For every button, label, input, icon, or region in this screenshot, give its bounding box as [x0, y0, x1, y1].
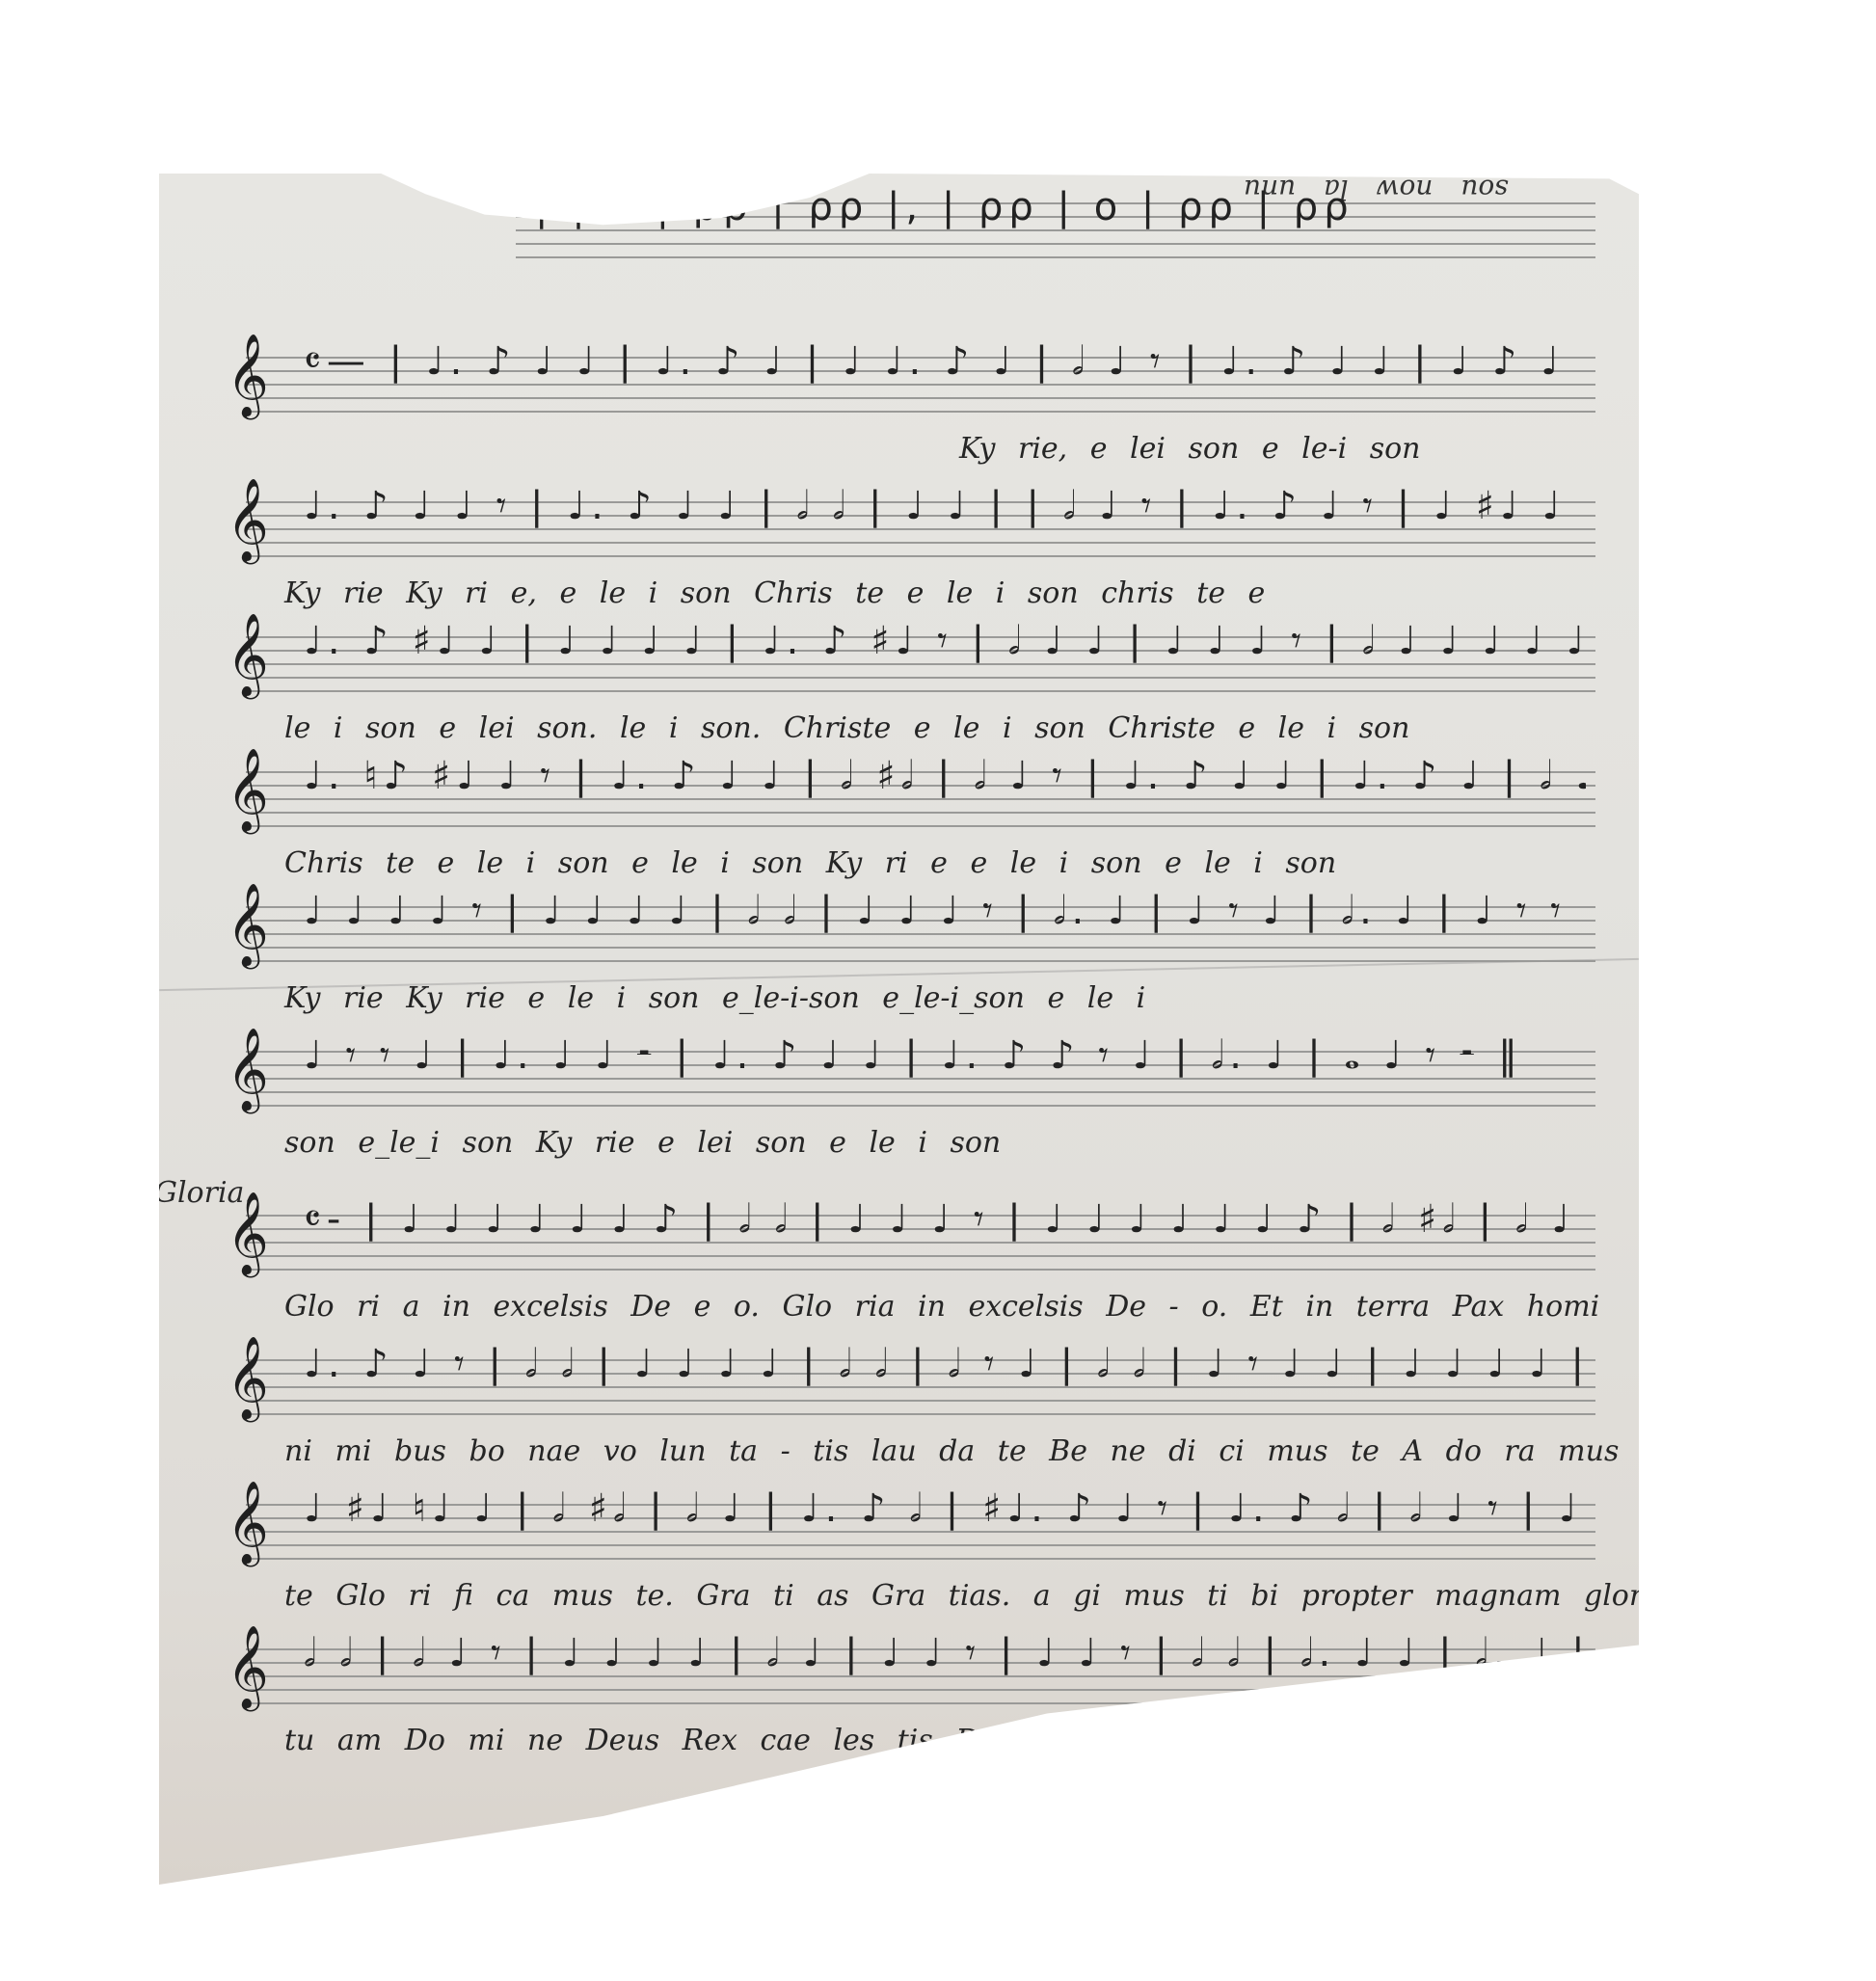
gloria-system-4: 𝄞 𝅗𝅥 𝅗𝅥 | 𝅗𝅥 ♩ 𝄾 | ♩ ♩ ♩ ♩ | 𝅗𝅥 ♩ | ♩ ♩ … — [227, 1648, 1595, 1774]
staff-notes: ♩. ♪ ♯♩ ♩ | ♩ ♩ ♩ ♩ | ♩. ♪ ♯♩ 𝄾 | 𝅗𝅥 ♩ ♩… — [304, 619, 1586, 696]
top-fragment-staff: | | o | ρρ | ρρ |, | ρρ | o | ρρ | ρρ — [516, 202, 1595, 328]
staff-notes: ♩ 𝄾 𝄾 ♩ | ♩. ♩ ♩ 𝄼 | ♩. ♪ ♩ ♩ | ♩. ♪ ♪ 𝄾… — [304, 1033, 1586, 1111]
lyrics-line: tu am Do mi ne Deus Rex cae les tis Deus… — [284, 1724, 1595, 1757]
staff-notes: ♩ ♯♩ ♮♩ ♩ | 𝅗𝅥 ♯𝅗𝅥 | 𝅗𝅥 ♩ | ♩. ♪ 𝅗𝅥 | ♯♩… — [304, 1486, 1586, 1564]
kyrie-system-5: 𝄞 ♩ ♩ ♩ ♩ 𝄾 | ♩ ♩ ♩ ♩ | 𝅗𝅥 𝅗𝅥 | ♩ ♩ ♩ 𝄾 … — [227, 906, 1595, 1031]
treble-clef-icon: 𝄞 — [227, 1033, 269, 1105]
kyrie-system-3: 𝄞 ♩. ♪ ♯♩ ♩ | ♩ ♩ ♩ ♩ | ♩. ♪ ♯♩ 𝄾 | 𝅗𝅥 ♩… — [227, 636, 1595, 762]
treble-clef-icon: 𝄞 — [227, 1197, 269, 1269]
lyrics-line: Ky rie Ky rie e le i son e_le-i-son e_le… — [284, 981, 1595, 1015]
kyrie-system-2: 𝄞 ♩. ♪ ♩ ♩ 𝄾 | ♩. ♪ ♩ ♩ | 𝅗𝅥 𝅗𝅥 | ♩ ♩ | … — [227, 501, 1595, 627]
lyrics-line: ni mi bus bo nae vo lun ta - tis lau da … — [284, 1434, 1595, 1468]
treble-clef-icon: 𝄞 — [227, 339, 269, 411]
lyrics-line: Chris te e le i son e le i son Ky ri e e… — [284, 846, 1595, 880]
gloria-system-2: 𝄞 ♩. ♪ ♩ 𝄾 | 𝅗𝅥 𝅗𝅥 | ♩ ♩ ♩ ♩ | 𝅗𝅥 𝅗𝅥 | 𝅗… — [227, 1359, 1595, 1485]
gloria-system-3: 𝄞 ♩ ♯♩ ♮♩ ♩ | 𝅗𝅥 ♯𝅗𝅥 | 𝅗𝅥 ♩ | ♩. ♪ 𝅗𝅥 | … — [227, 1504, 1595, 1629]
treble-clef-icon: 𝄞 — [227, 1486, 269, 1558]
treble-clef-icon: 𝄞 — [227, 889, 269, 960]
treble-clef-icon: 𝄞 — [227, 484, 269, 555]
staff-notes: ♩. ♮♪ ♯♩ ♩ 𝄾 | ♩. ♪ ♩ ♩ | 𝅗𝅥 ♯𝅗𝅥 | 𝅗𝅥 ♩ … — [304, 754, 1586, 831]
staff-notes: ♩. ♪ ♩ 𝄾 | 𝅗𝅥 𝅗𝅥 | ♩ ♩ ♩ ♩ | 𝅗𝅥 𝅗𝅥 | 𝅗𝅥 … — [304, 1342, 1586, 1419]
manuscript-page: sou now la unu | | o | ρρ | ρρ |, | ρρ |… — [159, 174, 1639, 1885]
staff-notes: 𝅗𝅥 𝅗𝅥 | 𝅗𝅥 ♩ 𝄾 | ♩ ♩ ♩ ♩ | 𝅗𝅥 ♩ | ♩ ♩ 𝄾 … — [304, 1631, 1586, 1708]
staff-notes: 𝄴— | ♩. ♪ ♩ ♩ | ♩. ♪ ♩ | ♩ ♩. ♪ ♩ | 𝅗𝅥 ♩… — [304, 339, 1586, 416]
staff-notes: 𝄴- | ♩ ♩ ♩ ♩ ♩ ♩ ♪ | 𝅗𝅥 𝅗𝅥 | ♩ ♩ ♩ 𝄾 | ♩… — [304, 1197, 1586, 1274]
treble-clef-icon: 𝄞 — [227, 1631, 269, 1702]
lyrics-line: Ky rie, e lei son e le-i son — [959, 432, 1595, 466]
top-fragment-notes: | | o | ρρ | ρρ |, | ρρ | o | ρρ | ρρ — [535, 185, 1586, 262]
treble-clef-icon: 𝄞 — [227, 1342, 269, 1413]
gloria-system-1: 𝄞 𝄴- | ♩ ♩ ♩ ♩ ♩ ♩ ♪ | 𝅗𝅥 𝅗𝅥 | ♩ ♩ ♩ 𝄾 |… — [227, 1215, 1595, 1340]
staff-notes: ♩ ♩ ♩ ♩ 𝄾 | ♩ ♩ ♩ ♩ | 𝅗𝅥 𝅗𝅥 | ♩ ♩ ♩ 𝄾 | … — [304, 889, 1586, 966]
lyrics-line: te Glo ri fi ca mus te. Gra ti as Gra ti… — [284, 1579, 1595, 1613]
lyrics-line: son e_le_i son Ky rie e lei son e le i s… — [284, 1126, 1595, 1160]
lyrics-line: Glo ri a in excelsis De e o. Glo ria in … — [284, 1290, 1595, 1324]
kyrie-system-1: 𝄞 𝄴— | ♩. ♪ ♩ ♩ | ♩. ♪ ♩ | ♩ ♩. ♪ ♩ | 𝅗𝅥… — [227, 357, 1595, 482]
kyrie-system-4: 𝄞 ♩. ♮♪ ♯♩ ♩ 𝄾 | ♩. ♪ ♩ ♩ | 𝅗𝅥 ♯𝅗𝅥 | 𝅗𝅥 … — [227, 771, 1595, 897]
treble-clef-icon: 𝄞 — [227, 754, 269, 825]
treble-clef-icon: 𝄞 — [227, 619, 269, 690]
lyrics-line: Ky rie Ky ri e, e le i son Chris te e le… — [284, 576, 1595, 610]
kyrie-system-6: 𝄞 ♩ 𝄾 𝄾 ♩ | ♩. ♩ ♩ 𝄼 | ♩. ♪ ♩ ♩ | ♩. ♪ ♪… — [227, 1051, 1595, 1176]
staff-notes: ♩. ♪ ♩ ♩ 𝄾 | ♩. ♪ ♩ ♩ | 𝅗𝅥 𝅗𝅥 | ♩ ♩ | | … — [304, 484, 1586, 561]
lyrics-line: le i son e lei son. le i son. Christe e … — [284, 711, 1595, 745]
